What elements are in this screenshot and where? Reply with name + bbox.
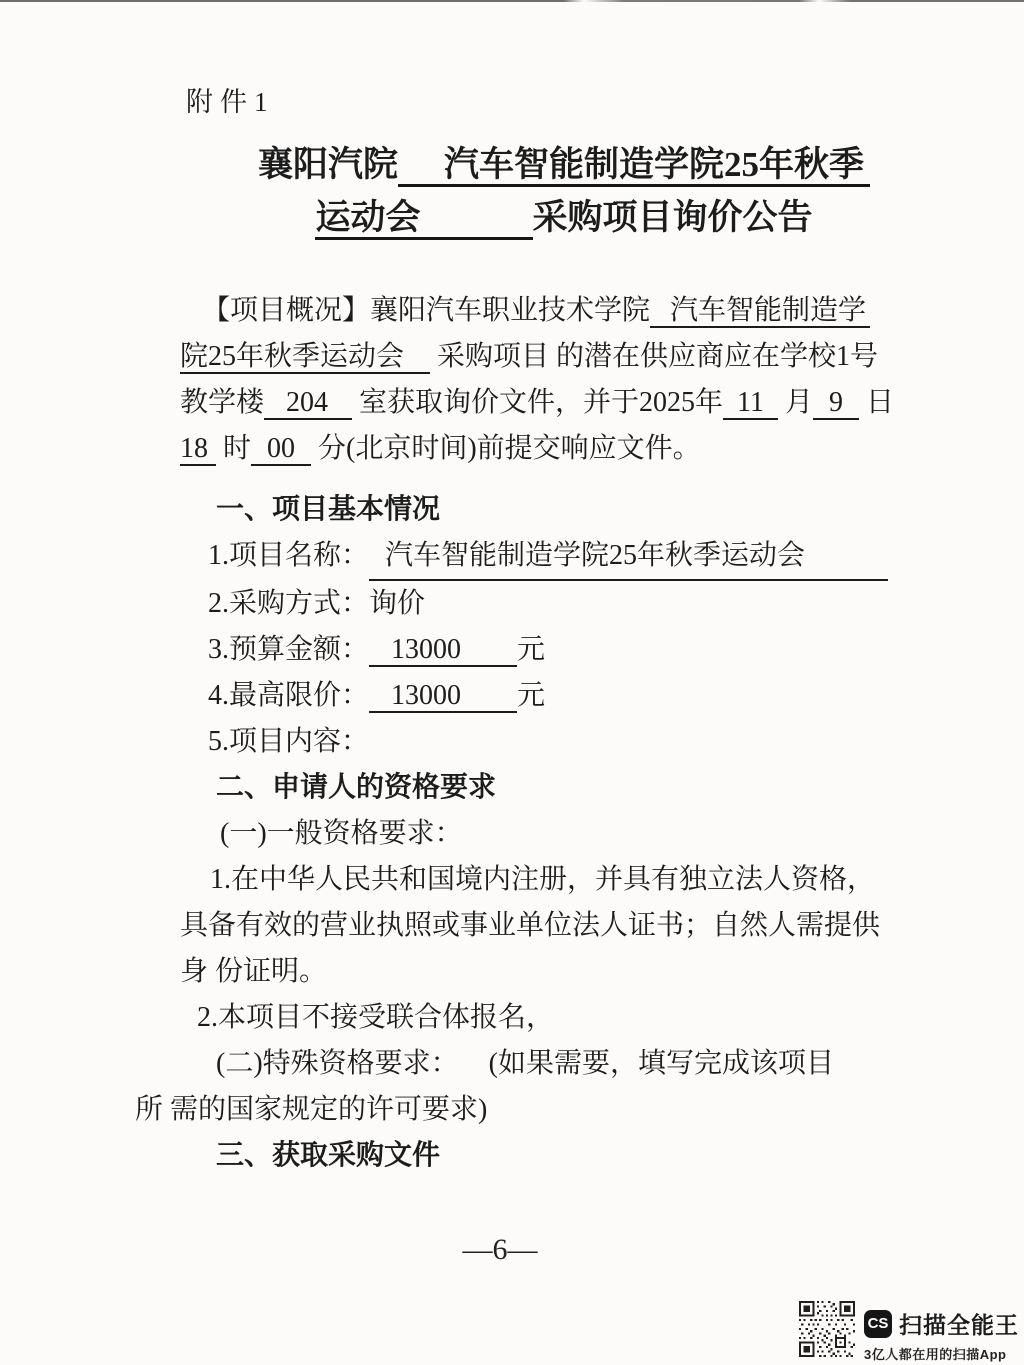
watermark-tagline: 3亿人都在用的扫描App bbox=[864, 1344, 1019, 1363]
intro-line-1: 【项目概况】襄阳汽车职业技术学院汽车智能制造学 bbox=[180, 288, 888, 334]
item-label: 1.项目名称： bbox=[208, 533, 369, 581]
section2-general-heading: (一)一般资格要求： bbox=[180, 811, 888, 857]
intro-text: 时 bbox=[223, 433, 251, 464]
intro-line-2: 院25年秋季运动会 采购项目 的潜在供应商应在学校1号 bbox=[180, 334, 888, 380]
title-line-2: 运动会采购项目询价公告 bbox=[104, 191, 1024, 244]
intro-line-3: 教学楼204 室获取询价文件，并于2025年11 月9 日 bbox=[180, 380, 888, 426]
item-label: 4.最高限价： bbox=[208, 680, 369, 711]
title-line-1: 襄阳汽院汽车智能制造学院25年秋季 bbox=[104, 138, 1024, 191]
camscanner-watermark: CS 扫描全能王 3亿人都在用的扫描App bbox=[799, 1301, 1019, 1363]
section1-item-budget: 3.预算金额：13000元 bbox=[180, 627, 888, 673]
intro-blank-minute: 00 bbox=[251, 433, 311, 466]
title-underlined-2: 运动会 bbox=[315, 198, 532, 240]
intro-line-4: 18 时00 分(北京时间)前提交响应文件。 bbox=[180, 426, 888, 472]
title-suffix: 采购项目询价公告 bbox=[533, 198, 813, 237]
scanned-document-page: 附件1 襄阳汽院汽车智能制造学院25年秋季 运动会采购项目询价公告 【项目概况】… bbox=[0, 0, 1024, 1365]
camscanner-logo-icon: CS bbox=[864, 1310, 892, 1338]
intro-blank-room: 204 bbox=[264, 387, 352, 420]
item-value-underlined: 13000 bbox=[369, 680, 517, 713]
item-value-underlined: 13000 bbox=[369, 634, 517, 667]
section1-item-name: 1.项目名称：汽车智能制造学院25年秋季运动会 bbox=[180, 533, 888, 581]
section1-heading: 一、项目基本情况 bbox=[180, 487, 888, 533]
document-body: 【项目概况】襄阳汽车职业技术学院汽车智能制造学 院25年秋季运动会 采购项目 的… bbox=[180, 288, 888, 1179]
special-heading: (二)特殊资格要求： bbox=[216, 1048, 459, 1079]
section2-clause1-line2: 具备有效的营业执照或事业单位法人证书；自然人需提供 bbox=[180, 903, 888, 949]
intro-blank-project-2: 院25年秋季运动会 bbox=[180, 341, 430, 374]
scan-edge-artifact bbox=[0, 0, 1024, 2]
intro-text: 月 bbox=[785, 387, 813, 418]
section2-special-line1: (二)特殊资格要求：(如果需要，填写完成该项目 bbox=[180, 1041, 888, 1087]
title-underlined-1: 汽车智能制造学院25年秋季 bbox=[398, 145, 870, 187]
section1-item-content: 5.项目内容： bbox=[180, 719, 888, 765]
intro-text: 采购项目 的潜在供应商应在学校1号 bbox=[437, 341, 878, 372]
intro-blank-hour: 18 bbox=[180, 433, 216, 466]
item-label: 5.项目内容： bbox=[208, 726, 369, 757]
section1-item-price-cap: 4.最高限价：13000元 bbox=[180, 673, 888, 719]
section1-item-method: 2.采购方式：询价 bbox=[180, 581, 888, 627]
intro-text: 室获取询价文件，并于2025年 bbox=[359, 387, 723, 418]
item-label: 3.预算金额： bbox=[208, 634, 369, 665]
watermark-text-block: CS 扫描全能王 3亿人都在用的扫描App bbox=[864, 1301, 1019, 1363]
intro-blank-project-1: 汽车智能制造学 bbox=[650, 295, 870, 328]
attachment-label: 附件1 bbox=[186, 80, 275, 119]
item-value-underlined: 汽车智能制造学院25年秋季运动会 bbox=[369, 533, 888, 581]
item-label: 2.采购方式： bbox=[208, 588, 369, 619]
section2-clause2: 2.本项目不接受联合体报名， bbox=[180, 995, 888, 1041]
intro-text: 日 bbox=[866, 387, 894, 418]
item-value: 询价 bbox=[369, 588, 425, 619]
intro-text: 【项目概况】襄阳汽车职业技术学院 bbox=[202, 295, 650, 326]
item-unit: 元 bbox=[517, 634, 545, 665]
intro-text: 分(北京时间)前提交响应文件。 bbox=[318, 433, 701, 464]
qr-code-icon bbox=[799, 1301, 855, 1357]
intro-blank-month: 11 bbox=[723, 387, 778, 420]
special-note: (如果需要，填写完成该项目 bbox=[489, 1048, 834, 1079]
section3-heading: 三、获取采购文件 bbox=[180, 1133, 888, 1179]
section2-clause1-line3: 身 份证明。 bbox=[180, 949, 888, 995]
document-title: 襄阳汽院汽车智能制造学院25年秋季 运动会采购项目询价公告 bbox=[104, 138, 1024, 244]
section2-clause1-line1: 1.在中华人民共和国境内注册，并具有独立法人资格， bbox=[180, 857, 888, 903]
section2-special-line2: 所 需的国家规定的许可要求) bbox=[135, 1087, 888, 1133]
section2-heading: 二、申请人的资格要求 bbox=[180, 765, 888, 811]
intro-text: 教学楼 bbox=[180, 387, 264, 418]
page-number: —6— bbox=[0, 1233, 1000, 1267]
intro-blank-day: 9 bbox=[813, 387, 859, 420]
title-prefix: 襄阳汽院 bbox=[258, 145, 398, 184]
item-unit: 元 bbox=[517, 680, 545, 711]
watermark-brand: 扫描全能王 bbox=[899, 1307, 1019, 1340]
